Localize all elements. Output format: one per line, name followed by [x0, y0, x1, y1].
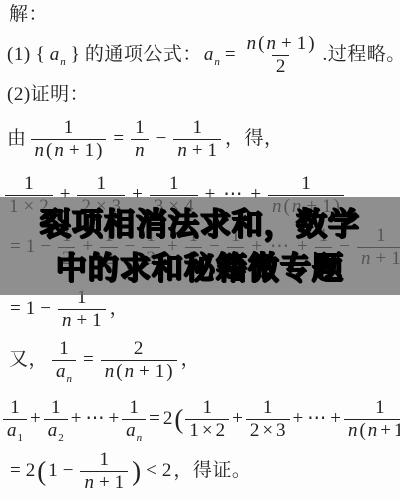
fraction: 12×3: [246, 397, 290, 442]
math-token: a2: [48, 420, 64, 442]
math-token: 1: [24, 173, 34, 195]
numerator: 1: [125, 397, 143, 419]
math-token: +: [69, 140, 80, 162]
fraction: 11×2: [185, 397, 229, 442]
math-token: an: [126, 420, 142, 442]
math-token: +: [192, 140, 203, 162]
fraction: 2n(n+1): [101, 338, 177, 383]
numerator: 1: [93, 173, 111, 195]
math-token: 1: [155, 361, 165, 383]
math-line-reciprocal-identity: 又，1an=2n(n+1)，: [8, 338, 201, 383]
math-token: (: [116, 361, 122, 383]
math-token: 1: [394, 420, 400, 442]
math-token: +: [330, 408, 341, 430]
math-token: 1: [301, 173, 311, 195]
math-token: +: [76, 310, 87, 332]
numerator: 1: [297, 173, 315, 195]
math-token: 2: [26, 460, 36, 482]
math-token: 由: [7, 128, 27, 150]
math-token: an: [204, 44, 220, 66]
math-token: ⋯: [85, 408, 104, 430]
subscript: n: [137, 432, 143, 444]
math-token: 1: [85, 140, 95, 162]
numerator: 2: [130, 338, 148, 360]
math-token: 1: [263, 397, 273, 419]
math-line-partial-fraction-identity: 由1n(n+1)=1n−1n+1，得，: [6, 117, 285, 162]
denominator: a2: [44, 419, 68, 442]
fraction: 1n(n+1): [31, 117, 107, 162]
math-token: +: [232, 408, 243, 430]
math-token: 1: [189, 420, 199, 442]
subscript: n: [67, 373, 73, 385]
math-token: (: [258, 33, 264, 55]
math-token: (2)证明：: [7, 84, 89, 106]
denominator: an: [122, 419, 146, 442]
math-token: =: [149, 408, 160, 430]
math-token: n: [247, 33, 257, 55]
math-line-conclusion: =2(1−1n+1)<2，得证。: [6, 449, 252, 494]
math-token: 又，: [9, 349, 48, 371]
math-token: (: [46, 140, 52, 162]
math-token: +: [30, 408, 41, 430]
math-token: +: [293, 408, 304, 430]
math-token: =: [83, 349, 94, 371]
denominator: n(n+1): [101, 360, 177, 383]
fraction: 1a2: [44, 397, 68, 442]
fraction: n(n+1)2: [243, 33, 319, 78]
math-token: ): [166, 361, 172, 383]
denominator: an: [52, 360, 76, 383]
math-token: 1: [129, 397, 139, 419]
math-token: (1): [7, 44, 31, 66]
math-token: (: [37, 458, 46, 485]
math-token: 2: [216, 420, 226, 442]
numerator: 1: [6, 397, 24, 419]
math-token: (: [174, 406, 183, 433]
math-token: ，得，: [225, 128, 284, 150]
math-line-sum-of-reciprocals: 1a1+1a2+⋯+1an=2(11×2+12×3+⋯+1n(n+1)): [2, 397, 400, 442]
math-token: +: [108, 408, 119, 430]
denominator: n+1: [80, 471, 128, 494]
math-token: 1: [48, 460, 58, 482]
math-line-proof-label: (2)证明：: [6, 84, 90, 106]
math-token: 2: [250, 420, 260, 442]
math-token: 1: [10, 397, 20, 419]
fraction: 1n+1: [80, 449, 128, 494]
fraction: 1an: [122, 397, 146, 442]
denominator: 2×3: [246, 419, 290, 442]
math-token: 2: [134, 338, 144, 360]
math-token: 2: [276, 56, 286, 78]
fraction: 1n(n+1): [344, 397, 400, 442]
subscript: n: [214, 56, 220, 68]
numerator: 1: [188, 117, 206, 139]
math-token: −: [40, 298, 51, 320]
title-overlay-banner: 裂项相消法求和，数学 中的求和秘籍微专题: [0, 197, 400, 295]
math-token: =: [10, 460, 21, 482]
denominator: n: [131, 139, 149, 162]
math-token: ): [96, 140, 102, 162]
subscript: 1: [18, 432, 24, 444]
denominator: n+1: [58, 309, 106, 332]
math-token: 1: [64, 117, 74, 139]
denominator: n+1: [173, 139, 221, 162]
math-token: <: [146, 460, 157, 482]
banner-title-line-1: 裂项相消法求和，数学: [40, 203, 360, 247]
math-token: an: [50, 44, 66, 66]
denominator: a1: [3, 419, 27, 442]
math-token: 1: [135, 117, 145, 139]
math-token: ×: [202, 420, 213, 442]
banner-title-line-2: 中的求和秘籍微专题: [56, 247, 344, 291]
numerator: 1: [60, 117, 78, 139]
math-token: {: [36, 44, 45, 66]
math-token: n: [348, 420, 358, 442]
math-token: 2: [163, 408, 173, 430]
fraction: 1an: [52, 338, 76, 383]
math-token: 2: [162, 460, 172, 482]
math-token: n: [105, 361, 115, 383]
math-token: 1: [375, 397, 385, 419]
fraction: 1a1: [3, 397, 27, 442]
math-token: n: [368, 420, 378, 442]
math-solution-page: 解： (1){an}的通项公式：an=n(n+1)2.过程略。 (2)证明： 由…: [0, 0, 400, 501]
subscript: n: [60, 56, 66, 68]
numerator: 1: [259, 397, 277, 419]
math-token: 1: [192, 117, 202, 139]
fraction: 1n: [131, 117, 149, 162]
math-line-general-term-formula: (1){an}的通项公式：an=n(n+1)2.过程略。: [6, 33, 400, 78]
math-token: n: [62, 310, 72, 332]
math-token: 1: [297, 33, 307, 55]
math-token: }: [71, 44, 80, 66]
subscript: 2: [58, 432, 64, 444]
math-token: ，得证。: [173, 460, 251, 482]
denominator: n(n+1): [344, 419, 400, 442]
math-token: 1: [202, 397, 212, 419]
math-token: =: [113, 128, 124, 150]
math-token: −: [63, 460, 74, 482]
math-token: ): [132, 458, 141, 485]
math-token: 1: [100, 449, 110, 471]
math-token: =: [10, 298, 21, 320]
math-token: 1: [92, 310, 102, 332]
numerator: 1: [55, 338, 73, 360]
math-token: 解：: [9, 4, 48, 26]
math-token: +: [99, 472, 110, 494]
math-token: +: [71, 408, 82, 430]
math-token: −: [156, 128, 167, 150]
math-token: n: [35, 140, 45, 162]
math-token: (: [359, 420, 365, 442]
math-token: ，: [181, 349, 201, 371]
math-token: =: [225, 44, 236, 66]
math-token: ⋯: [307, 408, 326, 430]
math-token: 1: [26, 298, 36, 320]
denominator: 1×2: [185, 419, 229, 442]
math-token: 3: [276, 420, 286, 442]
math-token: .过程略。: [323, 44, 400, 66]
numerator: 1: [198, 397, 216, 419]
fraction: 1n+1: [173, 117, 221, 162]
math-token: 1: [51, 397, 61, 419]
math-token: 1: [169, 173, 179, 195]
math-token: n: [54, 140, 64, 162]
math-token: n: [125, 361, 135, 383]
math-token: 1: [208, 140, 218, 162]
denominator: n(n+1): [31, 139, 107, 162]
math-token: 1: [115, 472, 125, 494]
math-token: n: [266, 33, 276, 55]
math-token: an: [56, 361, 72, 383]
numerator: 1: [20, 173, 38, 195]
math-token: n: [84, 472, 94, 494]
math-line-solve-label: 解：: [8, 4, 49, 26]
math-token: n: [177, 140, 187, 162]
math-token: 1: [97, 173, 107, 195]
math-token: n: [135, 140, 145, 162]
math-token: +: [139, 361, 150, 383]
math-token: ): [308, 33, 314, 55]
numerator: 1: [47, 397, 65, 419]
denominator: 2: [272, 55, 290, 78]
numerator: 1: [96, 449, 114, 471]
math-token: +: [281, 33, 292, 55]
numerator: 1: [371, 397, 389, 419]
math-token: 1: [59, 338, 69, 360]
math-token: ×: [262, 420, 273, 442]
math-token: a1: [7, 420, 23, 442]
math-token: ，: [110, 298, 130, 320]
numerator: 1: [131, 117, 149, 139]
numerator: 1: [165, 173, 183, 195]
numerator: n(n+1): [243, 33, 319, 55]
math-token: +: [380, 420, 391, 442]
math-token: 的通项公式：: [85, 44, 202, 66]
